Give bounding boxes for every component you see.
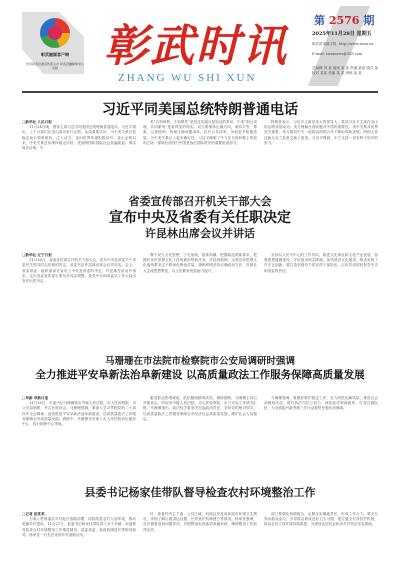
article-4-column-3: 部门要强化协调配合，压紧压实属地责任，形成工作合力。要充分发动群众参与，引导群众… bbox=[264, 512, 378, 558]
logo-caption: 彰武融媒客户端 bbox=[30, 52, 80, 58]
article-4-text-3: 部门要强化协调配合，压紧压实属地责任，形成工作合力。要充分发动群众参与，引导群众… bbox=[264, 512, 378, 528]
article-1-column-2: 美“合则两利，斗则俱伤”是经过实践反复验证的常识，中美“相互成就、共同繁荣”是看… bbox=[143, 120, 257, 157]
article-4-column-1: □记者 赵某某 为深入贯彻落实乡村振兴战略部署，持续改善农村人居环境，推动美丽乡… bbox=[22, 512, 136, 558]
issue-prefix: 第 bbox=[314, 14, 325, 27]
article-3-kicker: 马珊珊在市法院市检察院市公安局调研时强调 bbox=[0, 353, 400, 367]
article-1-text-3: 特朗普表示，习近平主席是伟大的领导人，我同习近平主席在釜山的会晤非常成功。美方理… bbox=[264, 120, 378, 146]
app-logo-icon bbox=[40, 18, 70, 48]
article-3-headline[interactable]: 全力推进平安阜新法治阜新建设 以高质量政法工作服务保障高质量发展 bbox=[0, 367, 400, 382]
article-1-text-2: 美“合则两利，斗则俱伤”是经过实践反复验证的常识，中美“相互成就、共同繁荣”是看… bbox=[143, 120, 257, 146]
issue-date: 2025年11月28日 星期五 bbox=[312, 30, 372, 37]
article-2-column-1: □新华社 辽宁日报 11月26日，省委宣传部召开机关干部大会，宣布中央及省委关于… bbox=[22, 253, 136, 345]
article-3-column-1: □阜新 阜新日报 11月26日，市委书记马珊珊到市中级人民法院、市人民检察院、市… bbox=[22, 396, 136, 458]
article-4-column-2: 村，查看村内主干道、公共区域、河道沿岸及房前屋后环境卫生情况，详细了解垃圾清运处… bbox=[143, 512, 257, 558]
masthead-divider bbox=[22, 91, 378, 93]
article-1-column-1: □新华社 人民日报 11月24日晚，国家主席习近平同美国总统特朗普通电话。习近平… bbox=[22, 120, 136, 157]
website-line: 彰武时讯数字报: http://www.zwsx.cn bbox=[312, 42, 373, 47]
staff-line-2: 校对 某某 美编 某 某 审核 某 某 bbox=[312, 71, 362, 76]
article-2-text-3: 坚持以人民为中心的工作导向，推进文化事业和文化产业发展，加强思想道德建设，守好意… bbox=[264, 253, 378, 274]
email-line: E-mail: zwsxnews@163.com bbox=[312, 52, 362, 56]
logo-publisher: 中共彰武县委宣传部主办 彰武县融媒体中心出版 bbox=[26, 62, 84, 70]
article-3-text-1: 11月26日，市委书记马珊珊到市中级人民法院、市人民检察院、市公安局调研，并召开… bbox=[22, 401, 136, 427]
article-4-headline[interactable]: 县委书记杨家佳带队督导检查农村环境整治工作 bbox=[0, 484, 400, 500]
article-3-column-3: 马珊珊强调，要做好维护稳定工作，全力防范化解风险，推进社会治理现代化，提升执法司… bbox=[264, 396, 378, 458]
article-2-subhead: 许昆林出席会议并讲话 bbox=[0, 225, 400, 241]
issue-number: 第 2576 期 bbox=[314, 12, 374, 28]
article-2-column-3: 坚持以人民为中心的工作导向，推进文化事业和文化产业发展，加强思想道德建设，守好意… bbox=[264, 253, 378, 345]
article-2-text-1: 11月26日，省委宣传部召开机关干部大会，宣布中央及省委关于省委有关领导同志任职… bbox=[22, 258, 136, 284]
article-1-text-1: 11月24日晚，国家主席习近平同美国总统特朗普通电话。习近平指出，上个月我们在釜… bbox=[22, 125, 136, 151]
article-3-text-2: 服务群众热情诚恳，依法履职精准高效。调研期间，马珊珊主持召开座谈会，听取市中级人… bbox=[143, 396, 257, 422]
newspaper-title: 彰武时讯 bbox=[104, 22, 288, 72]
article-3-column-2: 服务群众热情诚恳，依法履职精准高效。调研期间，马珊珊主持召开座谈会，听取市中级人… bbox=[143, 396, 257, 458]
article-1-headline[interactable]: 习近平同美国总统特朗普通电话 bbox=[0, 99, 400, 119]
masthead: 彰武融媒客户端 中共彰武县委宣传部主办 彰武县融媒体中心出版 彰武时讯 ZHAN… bbox=[0, 0, 400, 88]
issue-info: 第 2576 期 2025年11月28日 星期五 彰武时讯数字报: http:/… bbox=[306, 4, 400, 84]
article-3-text-3: 马珊珊强调，要做好维护稳定工作，全力防范化解风险，推进社会治理现代化，提升执法司… bbox=[264, 396, 378, 412]
issue-suffix: 期 bbox=[363, 14, 374, 27]
article-4-text-2: 村，查看村内主干道、公共区域、河道沿岸及房前屋后环境卫生情况，详细了解垃圾清运处… bbox=[143, 512, 257, 533]
article-2-text-2: 牌子设立文化思想，宁走前路，改革高潮，把握新趋势新要求，把握好宣传思想文化工作的… bbox=[143, 253, 257, 274]
client-logo[interactable]: 彰武融媒客户端 中共彰武县委宣传部主办 彰武县融媒体中心出版 bbox=[22, 12, 88, 78]
article-4-text-1: 为深入贯彻落实乡村振兴战略部署，持续改善农村人居环境，推动美丽乡村建设，11月2… bbox=[22, 517, 136, 538]
newspaper-title-pinyin: ZHANG WU SHI XUN bbox=[118, 72, 256, 84]
article-1-column-3: 特朗普表示，习近平主席是伟大的领导人，我同习近平主席在釜山的会晤非常成功。美方理… bbox=[264, 120, 378, 157]
issue-number-value: 2576 bbox=[329, 14, 360, 27]
article-2-headline[interactable]: 宣布中央及省委有关任职决定 bbox=[0, 207, 400, 227]
article-2-column-2: 牌子设立文化思想，宁走前路，改革高潮，把握新趋势新要求，把握好宣传思想文化工作的… bbox=[143, 253, 257, 345]
